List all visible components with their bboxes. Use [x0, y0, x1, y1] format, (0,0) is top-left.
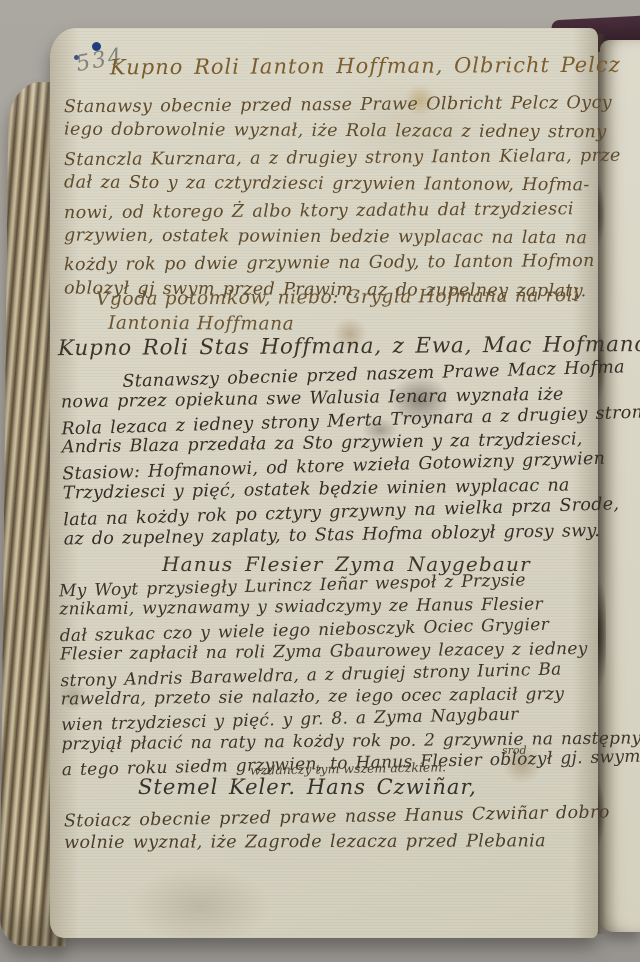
entry-heading-1: Kupno Roli Ianton Hoffman, Olbricht Pelc…	[110, 53, 621, 80]
entry-heading-2: Kupno Roli Stas Hoffmana, z Ewa, Mac Hof…	[58, 332, 640, 361]
entry-paragraph-2: Stanawszy obecnie przed naszem Prawe Mac…	[60, 358, 640, 553]
entry-paragraph-4: Stoiacz obecnie przed prawe nasse Hanus …	[64, 803, 610, 857]
entry-paragraph-1: Stanawsy obecnie przed nasse Prawe Olbri…	[64, 92, 621, 303]
text-line: iego dobrowolnie wyznał, iże Rola lezaca…	[64, 117, 621, 146]
text-line: Vgoda potomkow, niebo: Grygla Hofmana na…	[96, 282, 580, 313]
entry-note: Vgoda potomkow, niebo: Grygla Hofmana na…	[96, 284, 580, 338]
text-line: Stanczla Kurznara, a z drugiey strony Ia…	[64, 143, 621, 174]
entry-heading-4: Stemel Keler. Hans Czwiñar,	[138, 775, 477, 799]
manuscript-photo-scene: 534 Kupno Roli Ianton Hoffman, Olbricht …	[0, 0, 640, 962]
text-line: dał za Sto y za cztyrdziesci grzywien Ia…	[64, 170, 621, 199]
manuscript-page: 534 Kupno Roli Ianton Hoffman, Olbricht …	[50, 28, 598, 938]
text-line: Stanawsy obecnie przed nasse Prawe Olbri…	[64, 90, 621, 121]
superscript-note: srod	[502, 744, 527, 757]
text-line: kożdy rok po dwie grzywnie na Gody, to I…	[64, 248, 621, 279]
text-line: wolnie wyznał, iże Zagrode lezacza przed…	[64, 829, 610, 855]
entry-paragraph-3: My Woyt przysiegły Lurincz Ieñar wespoł …	[59, 569, 640, 780]
text-line: nowi, od ktorego Ż albo ktory zadathu da…	[64, 195, 621, 226]
